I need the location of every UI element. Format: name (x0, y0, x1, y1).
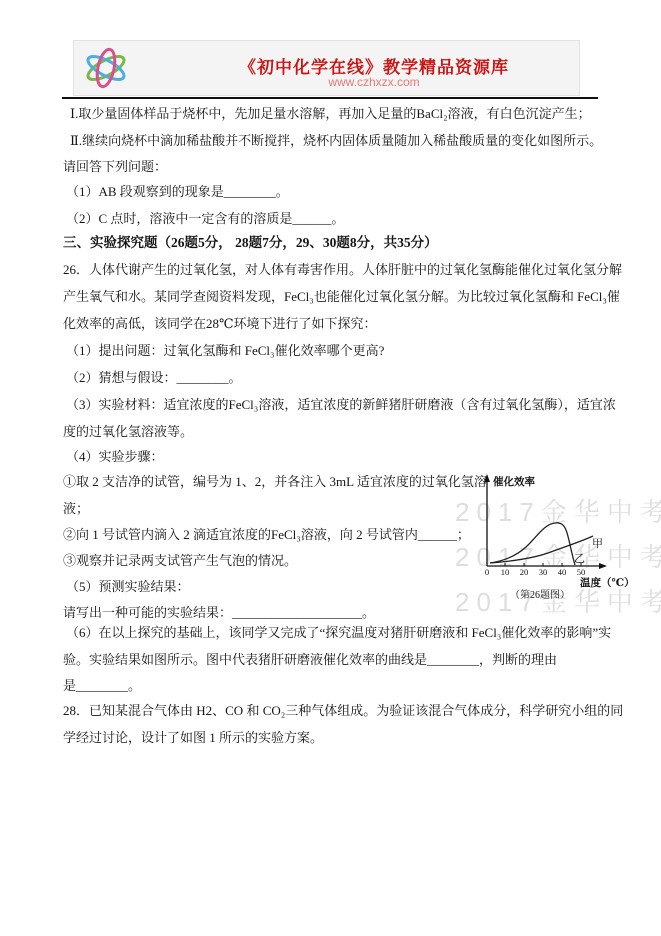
site-url-link[interactable]: www.czhxzx.com (194, 75, 554, 89)
question-26-chart: 0 10 20 30 40 50 催化效率 温度（℃） 甲 乙 （第26题图） (476, 472, 661, 604)
text-line: ①取 2 支洁净的试管，编号为 1、2，并各注入 3mL 适宜浓度的过氧化氢溶 (63, 474, 487, 489)
x-tick-label: 20 (520, 567, 529, 577)
text-line: 产生氧气和水。某同学查阅资料发现，FeCl₃也能催化过氧化氢分解。为比较过氧化氢… (63, 289, 620, 304)
site-header: 《初中化学在线》教学精品资源库 www.czhxzx.com (73, 40, 580, 96)
text-line: Ⅰ.取少量固体样品于烧杯中，先加足量水溶解，再加入足量的BaCl₂溶液，有白色沉… (70, 106, 591, 121)
text-line: （5）预测实验结果： (66, 579, 190, 594)
curve-jia-label: 甲 (592, 537, 603, 550)
x-tick-label: 30 (539, 567, 548, 577)
text-line: （6）在以上探究的基础上，该同学又完成了“探究温度对猪肝研磨液和 FeCl₃催化… (66, 625, 611, 640)
text-line-with-blank: 验。实验结果如图所示。图中代表猪肝研磨液催化效率的曲线是________，判断的… (63, 652, 557, 667)
text-line: 液； (63, 501, 89, 516)
section-heading: 三、实验探究题（26题5分， 28题7分，29、30题8分，共35分） (63, 235, 438, 250)
x-tick-label: 10 (501, 567, 510, 577)
curve-yi-label: 乙 (574, 552, 585, 565)
text-line: 28．已知某混合气体由 H2、CO 和 CO₂三种气体组成。为验证该混合气体成分… (63, 703, 623, 718)
x-tick-label: 0 (485, 567, 489, 577)
text-line-with-blank: （2）C 点时，溶液中一定含有的溶质是______。 (66, 211, 344, 226)
text-line: （3）实验材料：适宜浓度的FeCl₃溶液，适宜浓度的新鲜猪肝研磨液（含有过氧化氢… (66, 397, 616, 412)
atom-logo-icon (82, 45, 130, 91)
curve-yi (490, 523, 575, 565)
header-divider (62, 97, 598, 99)
text-line: 度的过氧化氢溶液等。 (63, 424, 193, 439)
text-line-with-blank: ②向 1 号试管内滴入 2 滴适宜浓度的FeCl₃溶液，向 2 号试管内____… (63, 527, 470, 542)
y-axis-title: 催化效率 (493, 475, 535, 488)
text-line-with-blank: （1）AB 段观察到的现象是________。 (66, 184, 289, 199)
text-line: 化效率的高低，该同学在28℃环境下进行了如下探究： (63, 316, 377, 331)
text-line: ③观察并记录两支试管产生气泡的情况。 (63, 553, 297, 568)
text-line: （4）实验步骤： (66, 449, 164, 464)
text-line: 学经过讨论，设计了如图 1 所示的实验方案。 (63, 730, 323, 745)
x-axis-arrow-icon (599, 563, 607, 569)
text-line-with-blank: 请写出一种可能的实验结果：____________________。 (63, 605, 375, 620)
figure-caption: （第26题图） (510, 588, 570, 601)
text-line: （1）提出问题：过氧化氢酶和 FeCl₃催化效率哪个更高? (66, 343, 384, 358)
x-tick-label: 40 (558, 567, 567, 577)
text-line: 请回答下列问题： (63, 159, 167, 174)
text-line: 26．人体代谢产生的过氧化氢，对人体有毒害作用。人体肝脏中的过氧化氢酶能催化过氧… (63, 262, 622, 277)
text-line: Ⅱ.继续向烧杯中滴加稀盐酸并不断搅拌，烧杯内固体质量随加入稀盐酸质量的变化如图所… (70, 133, 602, 148)
exam-document-page: 《初中化学在线》教学精品资源库 www.czhxzx.com Ⅰ.取少量固体样品… (0, 0, 661, 936)
x-axis-title: 温度（℃） (580, 576, 635, 589)
text-line-with-blank: 是________。 (63, 678, 141, 693)
text-line-with-blank: （2）猜想与假设：________。 (66, 370, 242, 385)
x-tick-label: 50 (577, 567, 586, 577)
